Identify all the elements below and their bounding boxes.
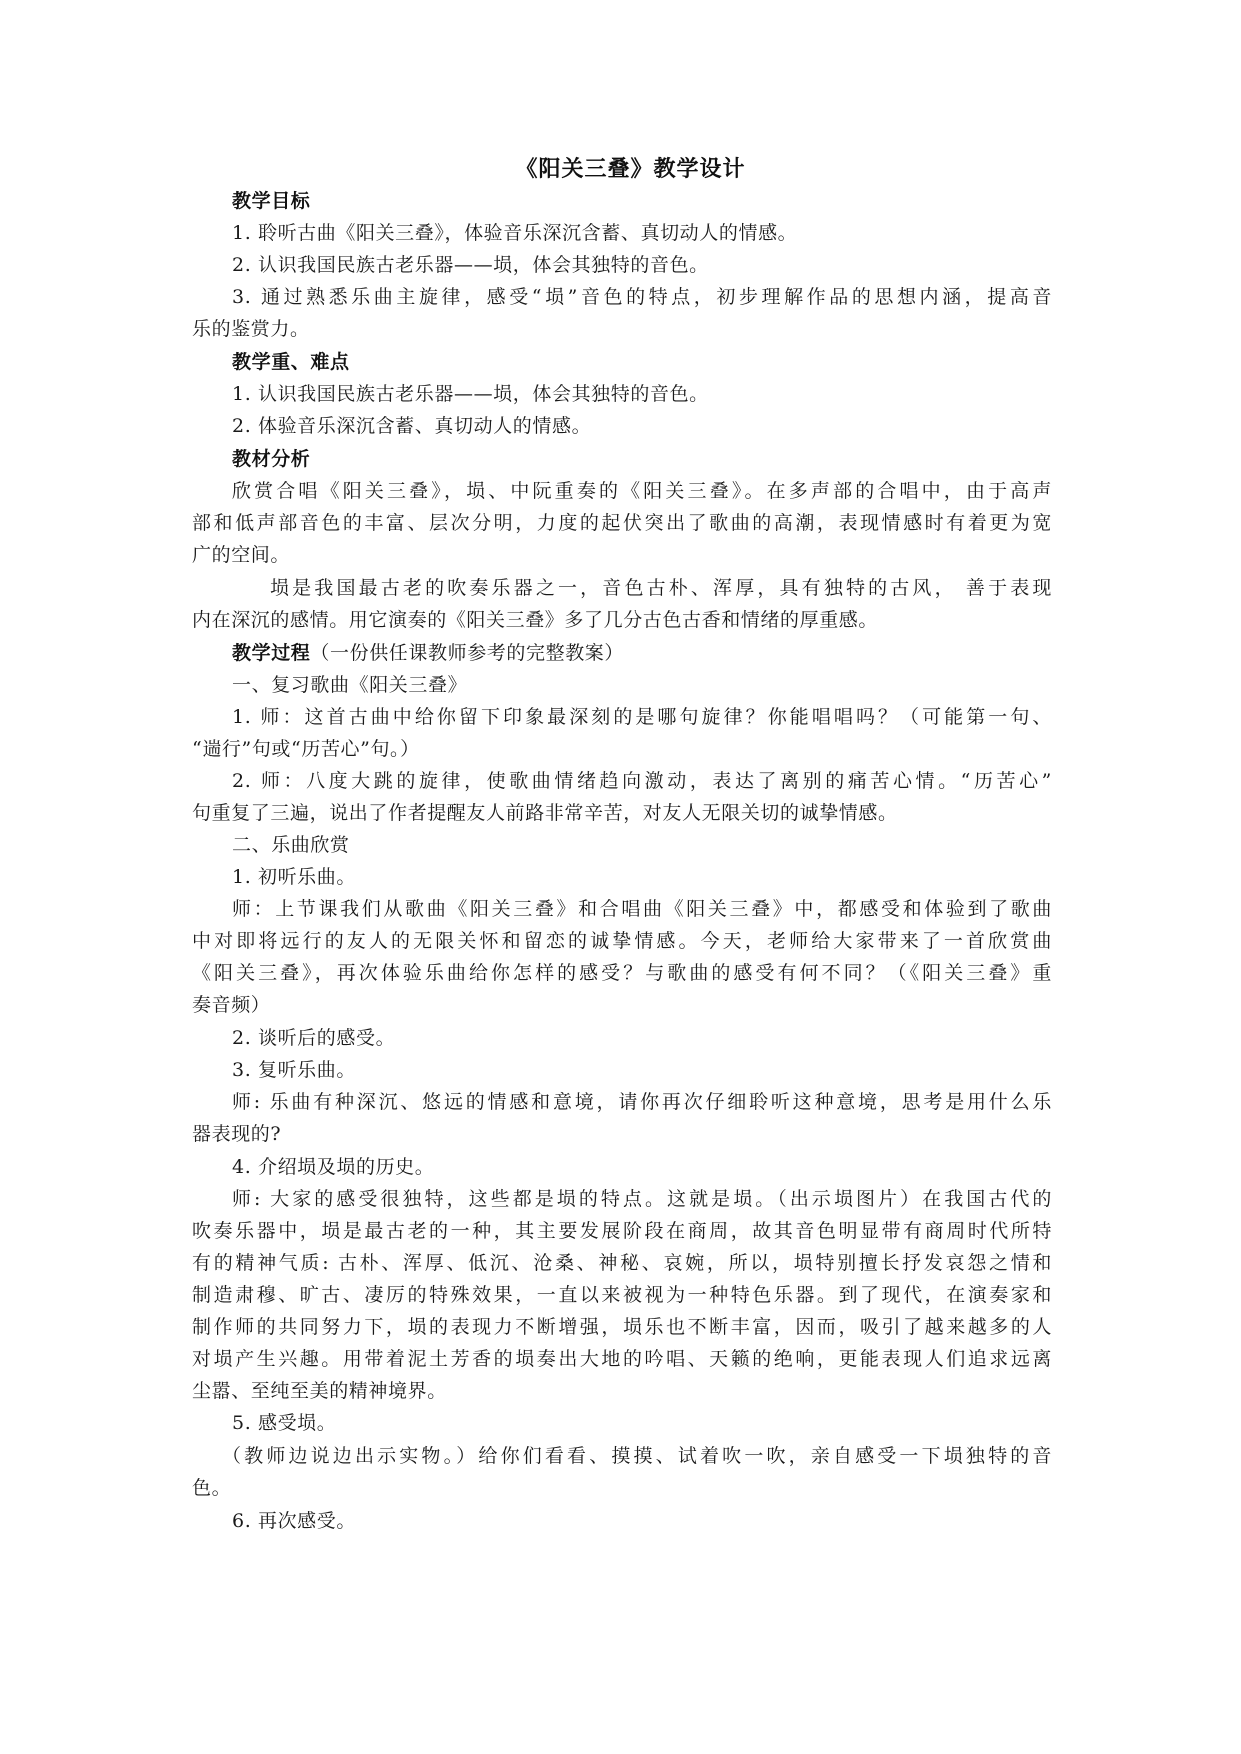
process-line: 尘嚣、至纯至美的精神境界。 — [192, 1379, 1052, 1403]
process-line: 有的精神气质: 古朴、浑厚、低沉、沧桑、神秘、哀婉，所以，埙特别擅长抒发哀怨之情… — [192, 1251, 1052, 1275]
objective-item: 2. 认识我国民族古老乐器——埙，体会其独特的音色。 — [232, 253, 1092, 277]
key-point-item: 1. 认识我国民族古老乐器——埙，体会其独特的音色。 — [232, 382, 1092, 406]
process-line: 5. 感受埙。 — [232, 1411, 1092, 1435]
analysis-line: 部和低声部音色的丰富、层次分明，力度的起伏突出了歌曲的高潮，表现情感时有着更为宽 — [192, 511, 1052, 535]
process-line: 句重复了三遍，说出了作者提醒友人前路非常辛苦，对友人无限关切的诚挚情感。 — [192, 801, 1052, 825]
section-heading-analysis: 教材分析 — [232, 447, 1092, 471]
process-line: 2. 谈听后的感受。 — [232, 1026, 1092, 1050]
analysis-line: 欣赏合唱《阳关三叠》，埙、中阮重奏的《阳关三叠》。在多声部的合唱中，由于高声 — [232, 479, 1052, 503]
section-heading-objectives: 教学目标 — [232, 189, 1092, 213]
process-line: “遄行”句或“历苦心”句。） — [192, 737, 1052, 761]
section-heading-key-points: 教学重、难点 — [232, 350, 1092, 374]
document-page: 《阳关三叠》教学设计 教学目标 1. 聆听古曲《阳关三叠》，体验音乐深沉含蓄、真… — [0, 0, 1241, 1754]
section-heading-process-row: 教学过程（一份供任课教师参考的完整教案） — [232, 641, 1092, 665]
process-note: （一份供任课教师参考的完整教案） — [310, 642, 624, 664]
process-line: 1. 初听乐曲。 — [232, 865, 1092, 889]
process-line: 4. 介绍埙及埙的历史。 — [232, 1155, 1092, 1179]
process-line: 制作师的共同努力下，埙的表现力不断增强，埙乐也不断丰富，因而，吸引了越来越多的人 — [192, 1315, 1052, 1339]
analysis-line: 内在深沉的感情。用它演奏的《阳关三叠》多了几分古色古香和情绪的厚重感。 — [192, 608, 1052, 632]
objective-item: 3. 通过熟悉乐曲主旋律，感受“埙”音色的特点，初步理解作品的思想内涵，提高音 — [232, 285, 1052, 309]
process-line: 器表现的? — [192, 1122, 1052, 1146]
analysis-line: 埙是我国最古老的吹奏乐器之一，音色古朴、浑厚，具有独特的古风， 善于表现 — [270, 576, 1052, 600]
process-line: 吹奏乐器中，埙是最古老的一种，其主要发展阶段在商周，故其音色明显带有商周时代所特 — [192, 1219, 1052, 1243]
process-line: （教师边说边出示实物。）给你们看看、摸摸、试着吹一吹，亲自感受一下埙独特的音 — [222, 1444, 1052, 1468]
process-line: 对埙产生兴趣。用带着泥土芳香的埙奏出大地的吟唱、天籁的绝响，更能表现人们追求远离 — [192, 1347, 1052, 1371]
objective-item-continued: 乐的鉴赏力。 — [192, 317, 1052, 341]
process-line: 色。 — [192, 1476, 1052, 1500]
process-line: 3. 复听乐曲。 — [232, 1058, 1092, 1082]
process-line: 制造肃穆、旷古、凄厉的特殊效果，一直以来被视为一种特色乐器。到了现代，在演奏家和 — [192, 1283, 1052, 1307]
page-title: 《阳关三叠》教学设计 — [0, 152, 1241, 183]
analysis-line: 广的空间。 — [192, 543, 1052, 567]
part-heading-review: 一、复习歌曲《阳关三叠》 — [232, 673, 1092, 697]
process-line: 师: 乐曲有种深沉、悠远的情感和意境，请你再次仔细聆听这种意境，思考是用什么乐 — [232, 1090, 1052, 1114]
objective-item: 1. 聆听古曲《阳关三叠》，体验音乐深沉含蓄、真切动人的情感。 — [232, 221, 1092, 245]
process-line: 6. 再次感受。 — [232, 1509, 1092, 1533]
process-line: 中对即将远行的友人的无限关怀和留恋的诚挚情感。今天，老师给大家带来了一首欣赏曲 — [192, 929, 1052, 953]
key-point-item: 2. 体验音乐深沉含蓄、真切动人的情感。 — [232, 414, 1092, 438]
process-line: 奏音频） — [192, 993, 1052, 1017]
process-line: 1. 师：这首古曲中给你留下印象最深刻的是哪句旋律？你能唱唱吗？（可能第一句、 — [232, 705, 1052, 729]
section-heading-process: 教学过程 — [232, 642, 310, 664]
process-line: 师：上节课我们从歌曲《阳关三叠》和合唱曲《阳关三叠》中，都感受和体验到了歌曲 — [232, 897, 1052, 921]
process-line: 《阳关三叠》，再次体验乐曲给你怎样的感受？与歌曲的感受有何不同？（《阳关三叠》重 — [192, 961, 1052, 985]
part-heading-appreciation: 二、乐曲欣赏 — [232, 833, 1092, 857]
process-line: 2. 师：八度大跳的旋律，使歌曲情绪趋向激动，表达了离别的痛苦心情。“历苦心” — [232, 769, 1052, 793]
process-line: 师: 大家的感受很独特，这些都是埙的特点。这就是埙。（出示埙图片）在我国古代的 — [232, 1187, 1052, 1211]
